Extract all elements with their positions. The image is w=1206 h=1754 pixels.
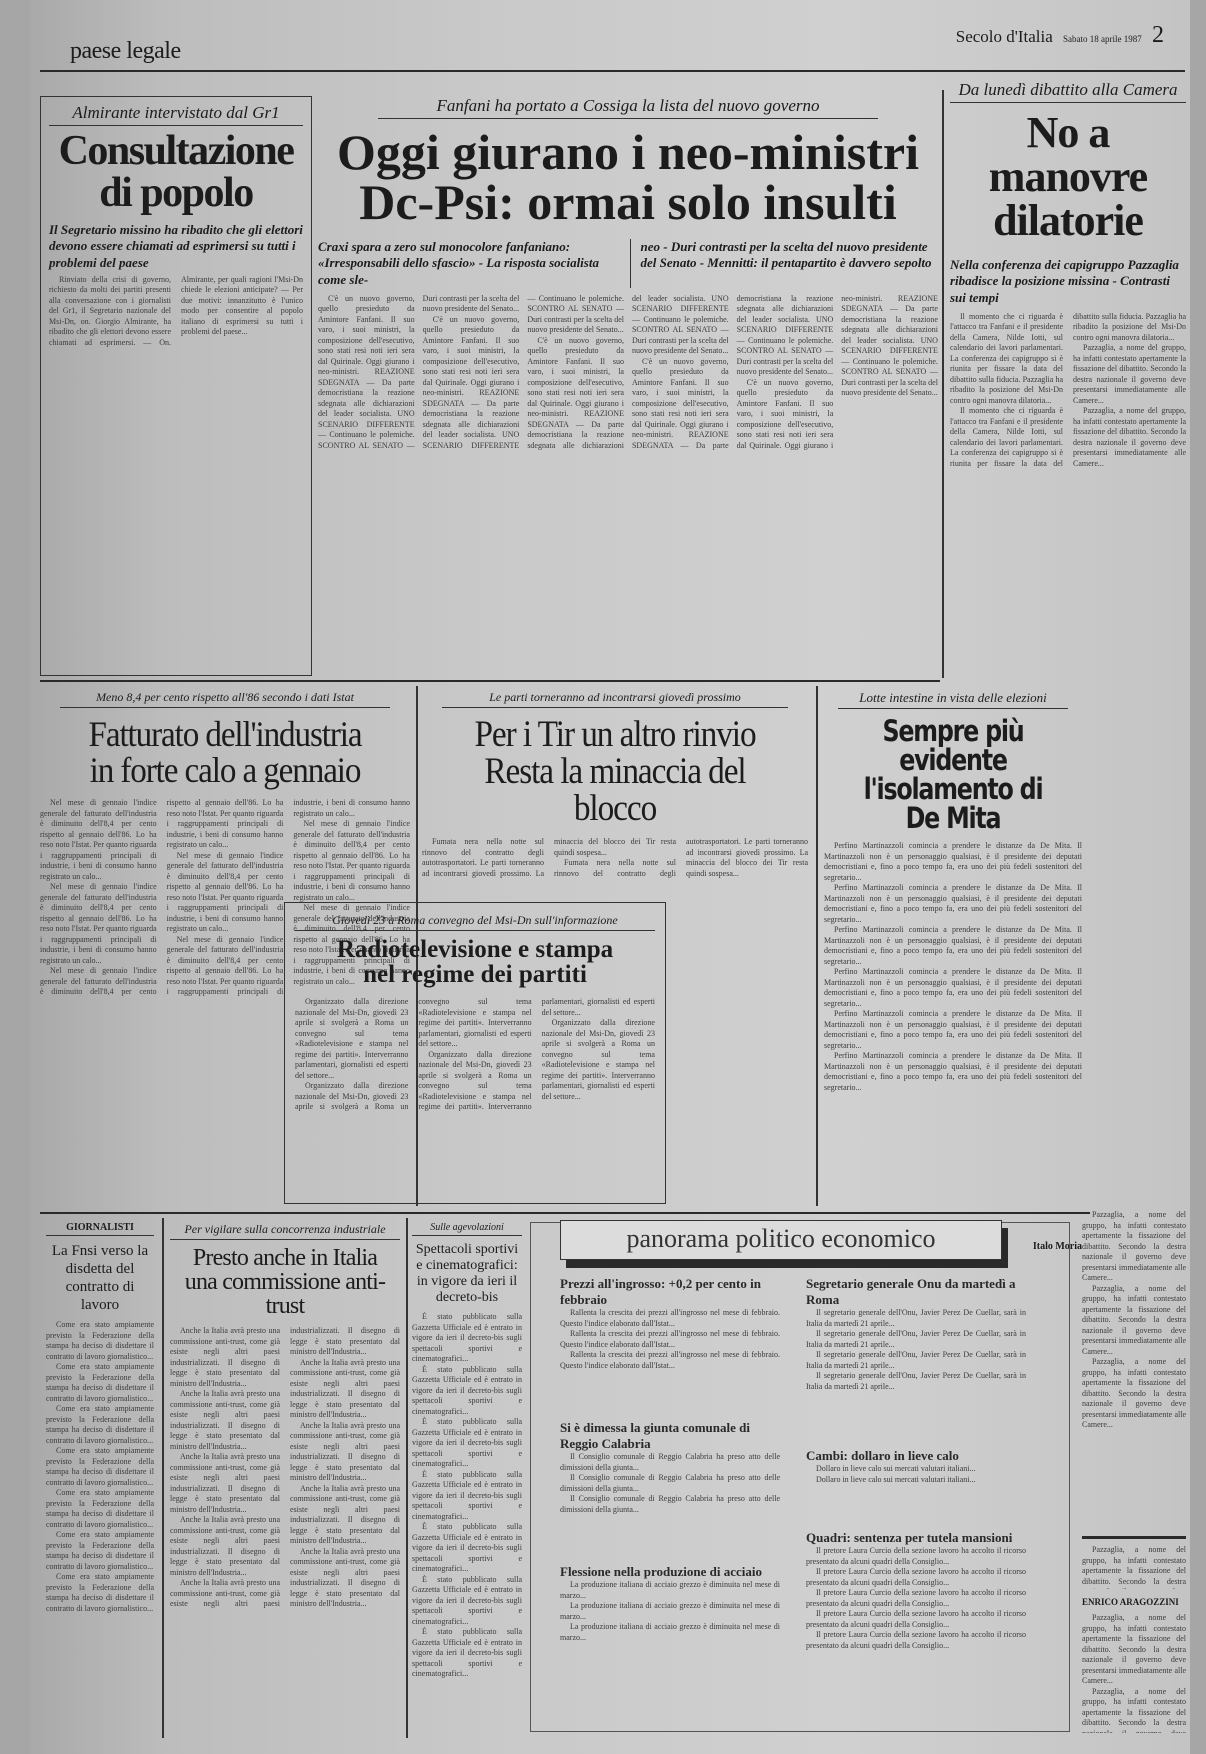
masthead: Secolo d'Italia Sabato 18 aprile 1987 2 <box>956 22 1164 49</box>
brief-acciaio: Flessione nella produzione di acciaio La… <box>560 1564 780 1666</box>
article-demita: Lotte intestine in vista delle elezioni … <box>824 690 1082 1252</box>
panorama-title: panorama politico economico <box>560 1220 1002 1260</box>
section-rule <box>40 680 940 682</box>
headline: Radiotelevisione e stampa nel regime dei… <box>285 937 665 987</box>
kicker: Per vigilare sulla concorrenza industria… <box>170 1222 400 1240</box>
headline: Sempre più evidente l'isolamento di De M… <box>847 717 1059 833</box>
brief-onu: Segretario generale Onu da martedì a Rom… <box>806 1276 1026 1434</box>
kicker: Da lunedì dibattito alla Camera <box>950 80 1186 103</box>
kicker: Almirante intervistato dal Gr1 <box>49 103 303 126</box>
panorama-column-left: Prezzi all'ingrosso: +0,2 per cento in f… <box>560 1276 780 1666</box>
article-body: C'è un nuovo governo, quello presieduto … <box>318 294 938 674</box>
kicker: GIORNALISTI <box>46 1222 154 1236</box>
issue-date: Sabato 18 aprile 1987 <box>1063 34 1142 44</box>
brief-cambi: Cambi: dollaro in lieve calo Dollaro in … <box>806 1448 1026 1516</box>
column-divider <box>942 90 944 678</box>
article-tir: Le parti torneranno ad incontrarsi giove… <box>422 690 808 937</box>
subheadline: Craxi spara a zero sul monocolore fanfan… <box>318 239 938 288</box>
article-body: Come era stato ampiamente previsto la Fe… <box>46 1320 154 1750</box>
article-body: Anche la Italia avrà presto una commissi… <box>170 1326 400 1754</box>
right-column-continuation: Pazzaglia, a nome del gruppo, ha infatti… <box>1082 1210 1186 1733</box>
headline: Oggi giurano i neo-ministri Dc-Psi: orma… <box>318 127 938 227</box>
article-body: Rinviato della crisi di governo, richies… <box>49 275 303 685</box>
column-divider <box>406 1218 408 1738</box>
divider <box>1082 1536 1186 1539</box>
kicker: Le parti torneranno ad incontrarsi giove… <box>442 690 788 708</box>
article-body: Pazzaglia, a nome del gruppo, ha infatti… <box>1082 1210 1186 1530</box>
article-almirante: Almirante intervistato dal Gr1 Consultaz… <box>40 96 312 676</box>
headline: No a manovre dilatorie <box>950 111 1186 243</box>
article-antitrust: Per vigilare sulla concorrenza industria… <box>170 1222 400 1754</box>
subheadline: Il Segretario missino ha ribadito che gl… <box>49 222 303 271</box>
headline: Presto anche in Italia una commissione a… <box>170 1246 400 1318</box>
newspaper-name: Secolo d'Italia <box>956 27 1053 46</box>
article-radiotv: Giovedì 23 a Roma convegno del Msi-Dn su… <box>284 902 666 1204</box>
article-body: Perfino Martinazzoli comincia a prendere… <box>824 841 1082 1241</box>
brief-quadri: Quadri: sentenza per tutela mansioni Il … <box>806 1530 1026 1696</box>
column-divider <box>816 686 818 1206</box>
newspaper-page: paese legale Secolo d'Italia Sabato 18 a… <box>30 0 1190 1754</box>
headline: Consultazione di popolo <box>41 130 311 214</box>
kicker: Lotte intestine in vista delle elezioni <box>838 690 1068 709</box>
kicker: Fanfani ha portato a Cossiga la lista de… <box>378 96 878 119</box>
column-divider <box>162 1218 164 1738</box>
article-body: Organizzato dalla direzione nazionale de… <box>295 997 655 1197</box>
subheadline: Nella conferenza dei capigruppo Pazzagli… <box>950 257 1186 306</box>
headline: La Fnsi verso la disdetta del contratto … <box>46 1242 154 1314</box>
article-giornalisti: GIORNALISTI La Fnsi verso la disdetta de… <box>46 1222 154 1750</box>
kicker: Meno 8,4 per cento rispetto all'86 secon… <box>60 690 390 708</box>
headline: Fatturato dell'industria in forte calo a… <box>55 716 395 788</box>
header-rule <box>40 70 1185 72</box>
section-title: paese legale <box>70 38 181 65</box>
panorama-column-right: Segretario generale Onu da martedì a Rom… <box>806 1276 1026 1696</box>
kicker: Sulle agevolazioni <box>412 1222 522 1236</box>
kicker: Giovedì 23 a Roma convegno del Msi-Dn su… <box>295 913 655 931</box>
author-signature: ENRICO ARAGOZZINI <box>1082 1597 1186 1607</box>
headline: Per i Tir un altro rinvio Resta la minac… <box>441 716 788 827</box>
headline: Spettacoli sportivi e cinematografici: i… <box>412 1242 522 1306</box>
brief-prezzi: Prezzi all'ingrosso: +0,2 per cento in f… <box>560 1276 780 1406</box>
article-body: È stato pubblicato sulla Gazzetta Uffici… <box>412 1312 522 1752</box>
brief-reggio-calabria: Si è dimessa la giunta comunale di Reggi… <box>560 1420 780 1550</box>
article-giurano: Fanfani ha portato a Cossiga la lista de… <box>318 96 938 674</box>
article-spettacoli: Sulle agevolazioni Spettacoli sportivi e… <box>412 1222 522 1752</box>
page-number: 2 <box>1152 22 1164 48</box>
section-rule <box>40 1212 1090 1214</box>
